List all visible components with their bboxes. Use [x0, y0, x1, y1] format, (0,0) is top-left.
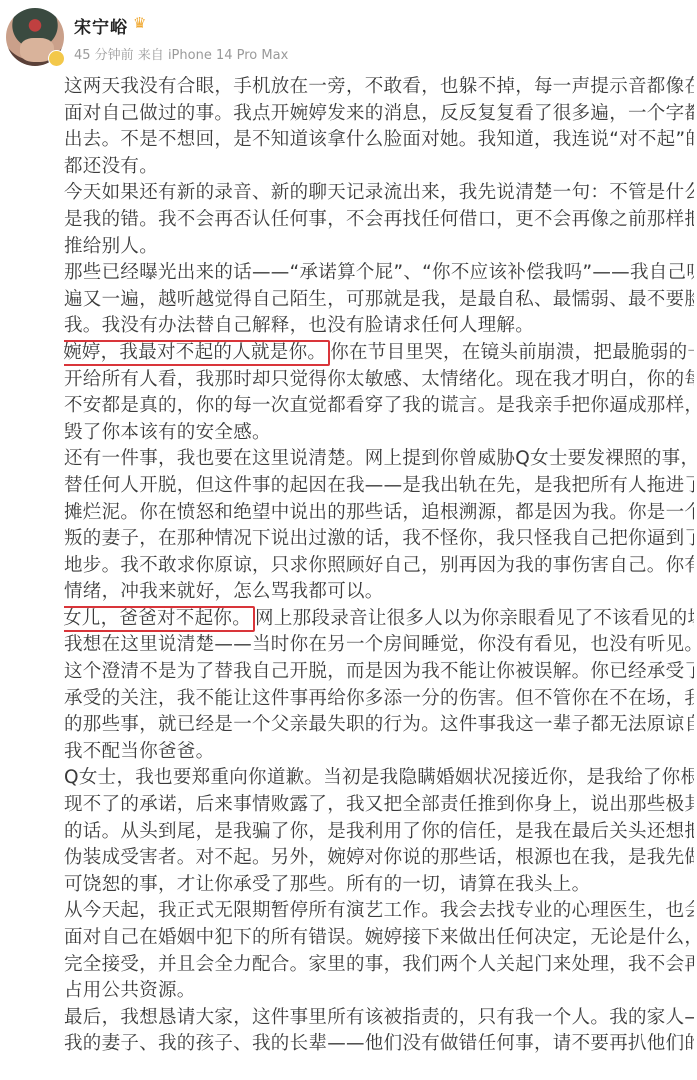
text-line: 叛的妻子，在那种情况下说出过激的话，我不怪你，我只怪我自己把你逼到了那个 — [64, 526, 694, 553]
text-line-highlighted: 女儿，爸爸对不起你。网上那段录音让很多人以为你亲眼看见了不该看见的场面， — [64, 606, 694, 633]
text-line-highlighted: 婉婷，我最对不起的人就是你。你在节目里哭，在镜头前崩溃，把最脆弱的一面摊 — [64, 340, 694, 367]
text-line: 那些已经曝光出来的话——“承诺算个屁”、“你不应该补偿我吗”——我自己听了一 — [64, 260, 694, 287]
post-body: 这两天我没有合眼，手机放在一旁，不敢看，也躲不掉，每一声提示音都像在逼我 面对自… — [64, 74, 694, 1058]
text-line: 这两天我没有合眼，手机放在一旁，不敢看，也躲不掉，每一声提示音都像在逼我 — [64, 74, 694, 101]
text-line: 现不了的承诺，后来事情败露了，我又把全部责任推到你身上，说出那些极其自私 — [64, 792, 694, 819]
highlight-box-daughter: 女儿，爸爸对不起你。 — [64, 606, 255, 632]
text-line: 我不配当你爸爸。 — [64, 739, 694, 766]
text-line: 的那些事，就已经是一个父亲最失职的行为。这件事我这一辈子都无法原谅自己。 — [64, 712, 694, 739]
highlight-box-wanting: 婉婷，我最对不起的人就是你。 — [64, 340, 330, 366]
text-line: 最后，我想恳请大家，这件事里所有该被指责的，只有我一个人。我的家人—— — [64, 1005, 694, 1032]
text-line: 我的妻子、我的孩子、我的长辈——他们没有做错任何事，请不要再扒他们的信 — [64, 1031, 694, 1058]
text-line: 完全接受，并且会全力配合。家里的事，我们两个人关起门来处理，我不会再让它 — [64, 952, 694, 979]
text-line: 今天如果还有新的录音、新的聊天记录流出来，我先说清楚一句：不管是什么，都 — [64, 180, 694, 207]
text-line: 是我的错。我不会再否认任何事，不会再找任何借口，更不会再像之前那样把责任 — [64, 207, 694, 234]
text-line: 伪装成受害者。对不起。另外，婉婷对你说的那些话，根源也在我，是我先做了不 — [64, 845, 694, 872]
text-line: 遍又一遍，越听越觉得自己陌生，可那就是我，是最自私、最懦弱、最不要脸的 — [64, 287, 694, 314]
text-rest: 网上那段录音让很多人以为你亲眼看见了不该看见的场面， — [255, 608, 694, 629]
text-line: 的话。从头到尾，是我骗了你，是我利用了你的信任，是我在最后关头还想把自己 — [64, 819, 694, 846]
text-line: 出去。不是不想回，是不知道该拿什么脸面对她。我知道，我连说“对不起”的资格 — [64, 127, 694, 154]
crown-icon: ♛ — [133, 14, 146, 32]
text-line: 占用公共资源。 — [64, 978, 694, 1005]
text-line: 面对自己在婚姻中犯下的所有错误。婉婷接下来做出任何决定，无论是什么，我都 — [64, 925, 694, 952]
text-line: 毁了你本该有的安全感。 — [64, 420, 694, 447]
text-line: 替任何人开脱，但这件事的起因在我——是我出轨在先，是我把所有人拖进了这 — [64, 473, 694, 500]
text-rest: 你在节目里哭，在镜头前崩溃，把最脆弱的一面摊 — [330, 342, 694, 363]
text-line: 可饶恕的事，才让你承受了那些。所有的一切，请算在我头上。 — [64, 872, 694, 899]
text-line: 摊烂泥。你在愤怒和绝望中说出的那些话，追根溯源，都是因为我。你是一个被背 — [64, 500, 694, 527]
text-line: 情绪，冲我来就好，怎么骂我都可以。 — [64, 579, 694, 606]
text-line: 地步。我不敢求你原谅，只求你照顾好自己，别再因为我的事伤害自己。你有任何 — [64, 553, 694, 580]
author-name[interactable]: 宋宁峪 — [74, 13, 128, 38]
text-line: 推给别人。 — [64, 234, 694, 261]
text-line: Q女士，我也要郑重向你道歉。当初是我隐瞒婚姻状况接近你，是我给了你根本兑 — [64, 765, 694, 792]
post-meta: 45 分钟前 来自 iPhone 14 Pro Max — [74, 44, 288, 63]
text-line: 都还没有。 — [64, 154, 694, 181]
text-line: 还有一件事，我也要在这里说清楚。网上提到你曾威胁Q女士要发裸照的事，我不 — [64, 446, 694, 473]
text-line: 我想在这里说清楚——当时你在另一个房间睡觉，你没有看见，也没有听见。但 — [64, 632, 694, 659]
text-line: 从今天起，我正式无限期暂停所有演艺工作。我会去找专业的心理医生，也会认真 — [64, 898, 694, 925]
text-line: 不安都是真的，你的每一次直觉都看穿了我的谎言。是我亲手把你逼成那样，是我 — [64, 393, 694, 420]
verified-icon — [48, 50, 65, 67]
text-line: 承受的关注，我不能让这件事再给你多添一分的伤害。但不管你在不在场，我做过 — [64, 686, 694, 713]
text-line: 开给所有人看，我那时却只觉得你太敏感、太情绪化。现在我才明白，你的每一次 — [64, 367, 694, 394]
text-line: 我。我没有办法替自己解释，也没有脸请求任何人理解。 — [64, 313, 694, 340]
text-line: 这个澄清不是为了替我自己开脱，而是因为我不能让你被误解。你已经承受了不该 — [64, 659, 694, 686]
text-line: 面对自己做过的事。我点开婉婷发来的消息，反反复复看了很多遍，一个字都回不 — [64, 101, 694, 128]
